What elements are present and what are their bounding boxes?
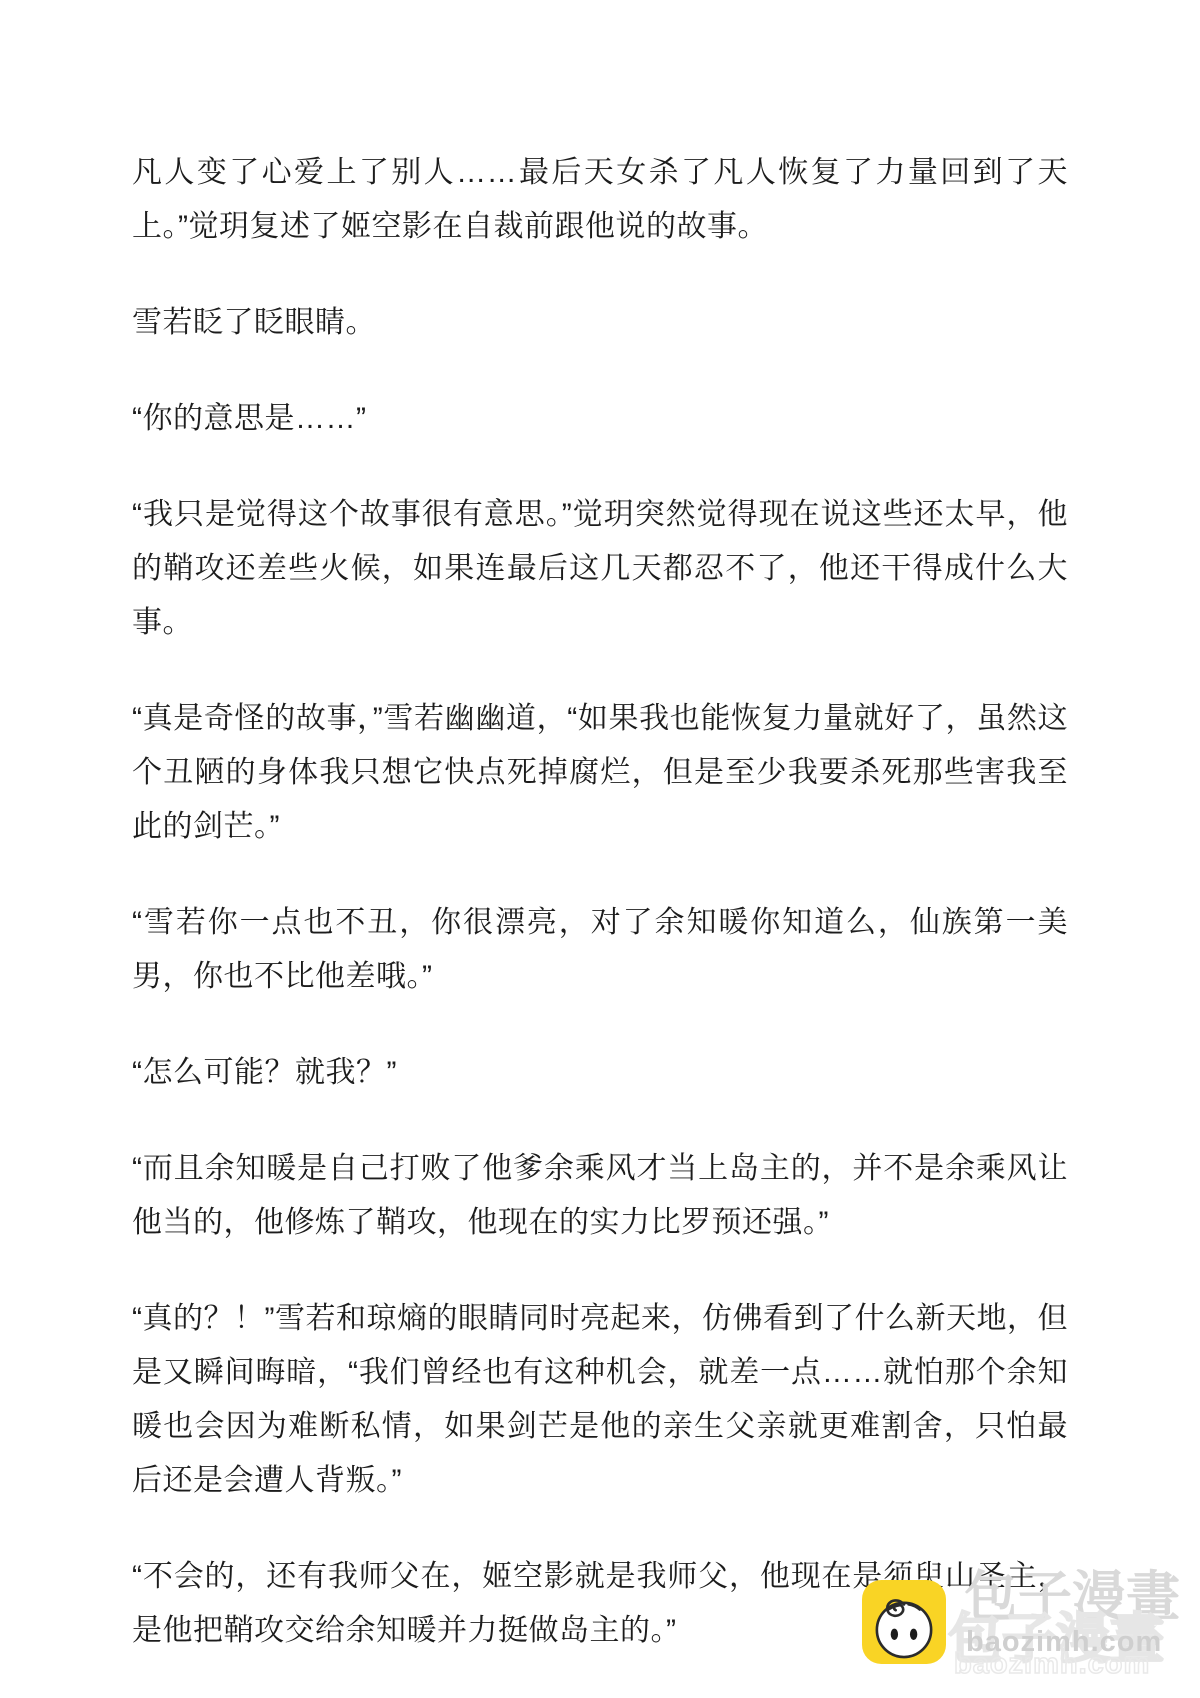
novel-paragraph: “你的意思是……” [132, 392, 1068, 446]
novel-text-page: 凡人变了心爱上了别人……最后天女杀了凡人恢复了力量回到了天上。”觉玥复述了姬空影… [0, 0, 1200, 1658]
novel-paragraph: “怎么可能？就我？” [132, 1046, 1068, 1100]
novel-paragraph: “不会的，还有我师父在，姬空影就是我师父，他现在是须臾山圣主，是他把鞘攻交给余知… [132, 1550, 1068, 1658]
novel-paragraph: “雪若你一点也不丑，你很漂亮，对了余知暖你知道么，仙族第一美男，你也不比他差哦。… [132, 896, 1068, 1004]
novel-paragraph: 雪若眨了眨眼睛。 [132, 296, 1068, 350]
novel-paragraph: “真是奇怪的故事，”雪若幽幽道，“如果我也能恢复力量就好了，虽然这个丑陋的身体我… [132, 692, 1068, 854]
novel-paragraph: “而且余知暖是自己打败了他爹余乘风才当上岛主的，并不是余乘风让他当的，他修炼了鞘… [132, 1142, 1068, 1250]
novel-paragraph: “真的？！”雪若和琼熵的眼睛同时亮起来，仿佛看到了什么新天地，但是又瞬间晦暗，“… [132, 1292, 1068, 1508]
novel-paragraph: 凡人变了心爱上了别人……最后天女杀了凡人恢复了力量回到了天上。”觉玥复述了姬空影… [132, 146, 1068, 254]
novel-paragraph: “我只是觉得这个故事很有意思。”觉玥突然觉得现在说这些还太早，他的鞘攻还差些火候… [132, 488, 1068, 650]
